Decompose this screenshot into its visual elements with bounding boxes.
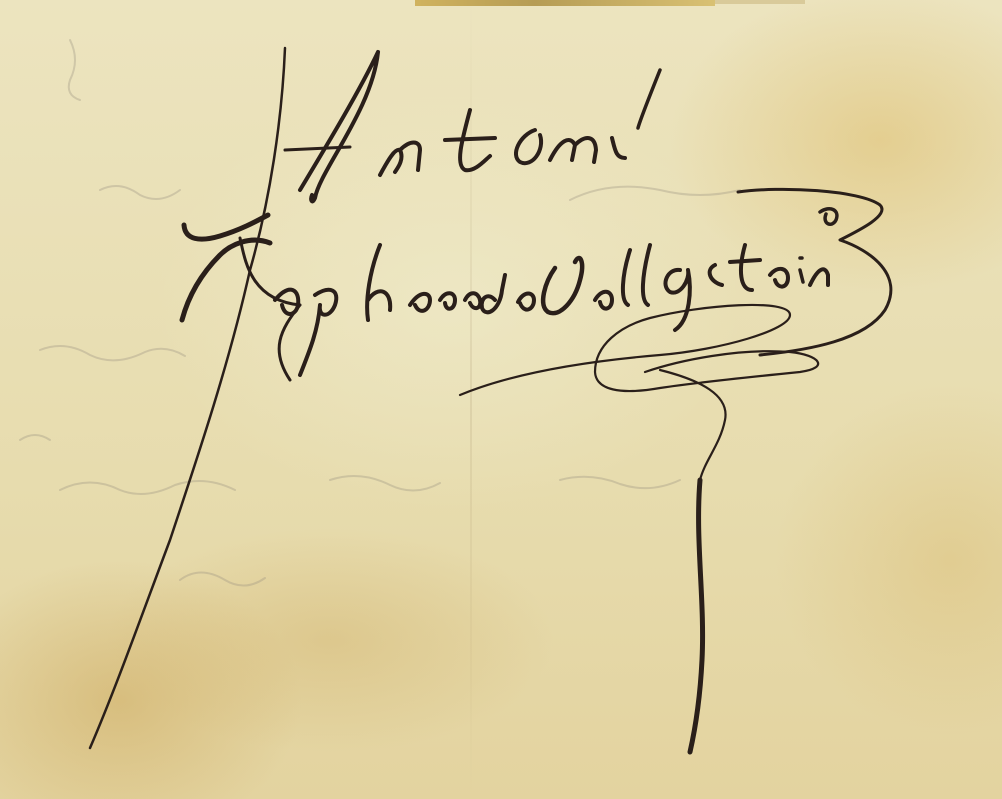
signature-ink [0, 0, 1002, 799]
long-stroke-left [90, 48, 285, 748]
parchment-photo: Antoni Raphael de Vallgstain [0, 0, 1002, 799]
faded-background-script [20, 40, 740, 586]
